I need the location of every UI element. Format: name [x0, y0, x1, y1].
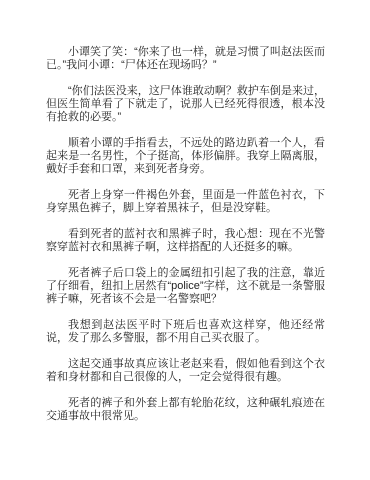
paragraph: 我想到赵法医平时下班后也喜欢这样穿，他还经常说，发了那么多警服，都不用自己买衣服… [46, 319, 325, 345]
paragraph: 这起交通事故真应该让老赵来看，假如他看到这个衣着和身材都和自己很像的人，一定会觉… [46, 358, 325, 384]
text-body: 小谭笑了笑：“你来了也一样，就是习惯了叫赵法医而已。”我问小谭：“尸体还在现场吗… [46, 46, 325, 423]
paragraph: 死者上身穿一件褐色外套，里面是一件蓝色衬衣，下身穿黑色裤子，脚上穿着黑袜子，但是… [46, 189, 325, 215]
paragraph: 死者的裤子和外套上都有轮胎花纹，这种碾轧痕迹在交通事故中很常见。 [46, 397, 325, 423]
paragraph: 小谭笑了笑：“你来了也一样，就是习惯了叫赵法医而已。”我问小谭：“尸体还在现场吗… [46, 46, 325, 72]
reader-page: 小谭笑了笑：“你来了也一样，就是习惯了叫赵法医而已。”我问小谭：“尸体还在现场吗… [0, 0, 370, 480]
paragraph: 顺着小谭的手指看去，不远处的路边趴着一个人，看起来是一名男性，个子挺高，体形偏胖… [46, 137, 325, 176]
paragraph: 死者裤子后口袋上的金属纽扣引起了我的注意，靠近了仔细看，纽扣上居然有“polic… [46, 267, 325, 306]
paragraph: “你们法医没来，这尸体谁敢动啊？救护车倒是来过，但医生简单看了下就走了，说那人已… [46, 85, 325, 124]
paragraph: 看到死者的蓝衬衣和黑裤子时，我心想：现在不光警察穿蓝衬衣和黑裤子啊，这样搭配的人… [46, 228, 325, 254]
